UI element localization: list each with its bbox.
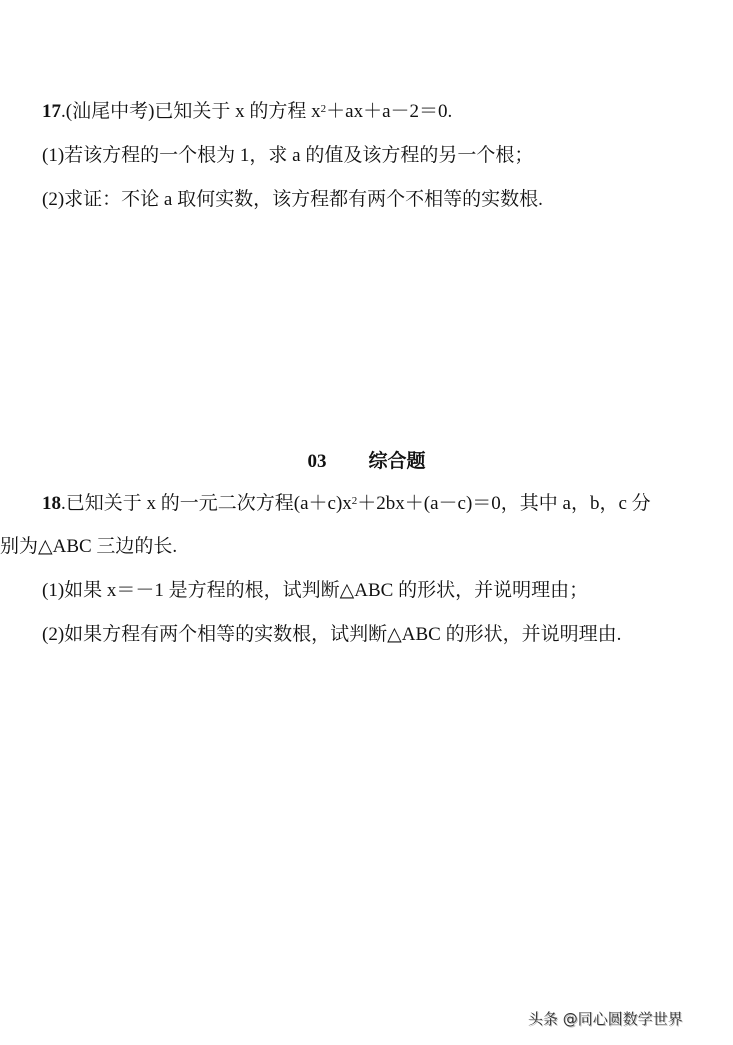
q18-part1: (1)如果 x＝－1 是方程的根，试判断△ABC 的形状，并说明理由； — [42, 579, 588, 603]
section-number: 03 — [307, 451, 326, 472]
q17-number: 17 — [42, 101, 61, 122]
q18-stem: 18.已知关于 x 的一元二次方程(a＋c)x2＋2bx＋(a－c)＝0，其中 … — [42, 492, 651, 516]
q17-stem: 17.(汕尾中考)已知关于 x 的方程 x2＋ax＋a－2＝0. — [42, 100, 452, 124]
section-title: 综合题 — [368, 451, 425, 472]
watermark: 头条 @同心圆数学世界 — [528, 1008, 683, 1029]
q18-stem-line2: 别为△ABC 三边的长. — [0, 535, 177, 559]
q18-number: 18 — [42, 493, 61, 514]
q17-part1: (1)若该方程的一个根为 1，求 a 的值及该方程的另一个根； — [42, 144, 533, 168]
q17-part2: (2)求证：不论 a 取何实数，该方程都有两个不相等的实数根. — [42, 188, 543, 212]
q18-part2: (2)如果方程有两个相等的实数根，试判断△ABC 的形状，并说明理由. — [42, 623, 621, 647]
section-heading: 03综合题 — [0, 446, 733, 473]
